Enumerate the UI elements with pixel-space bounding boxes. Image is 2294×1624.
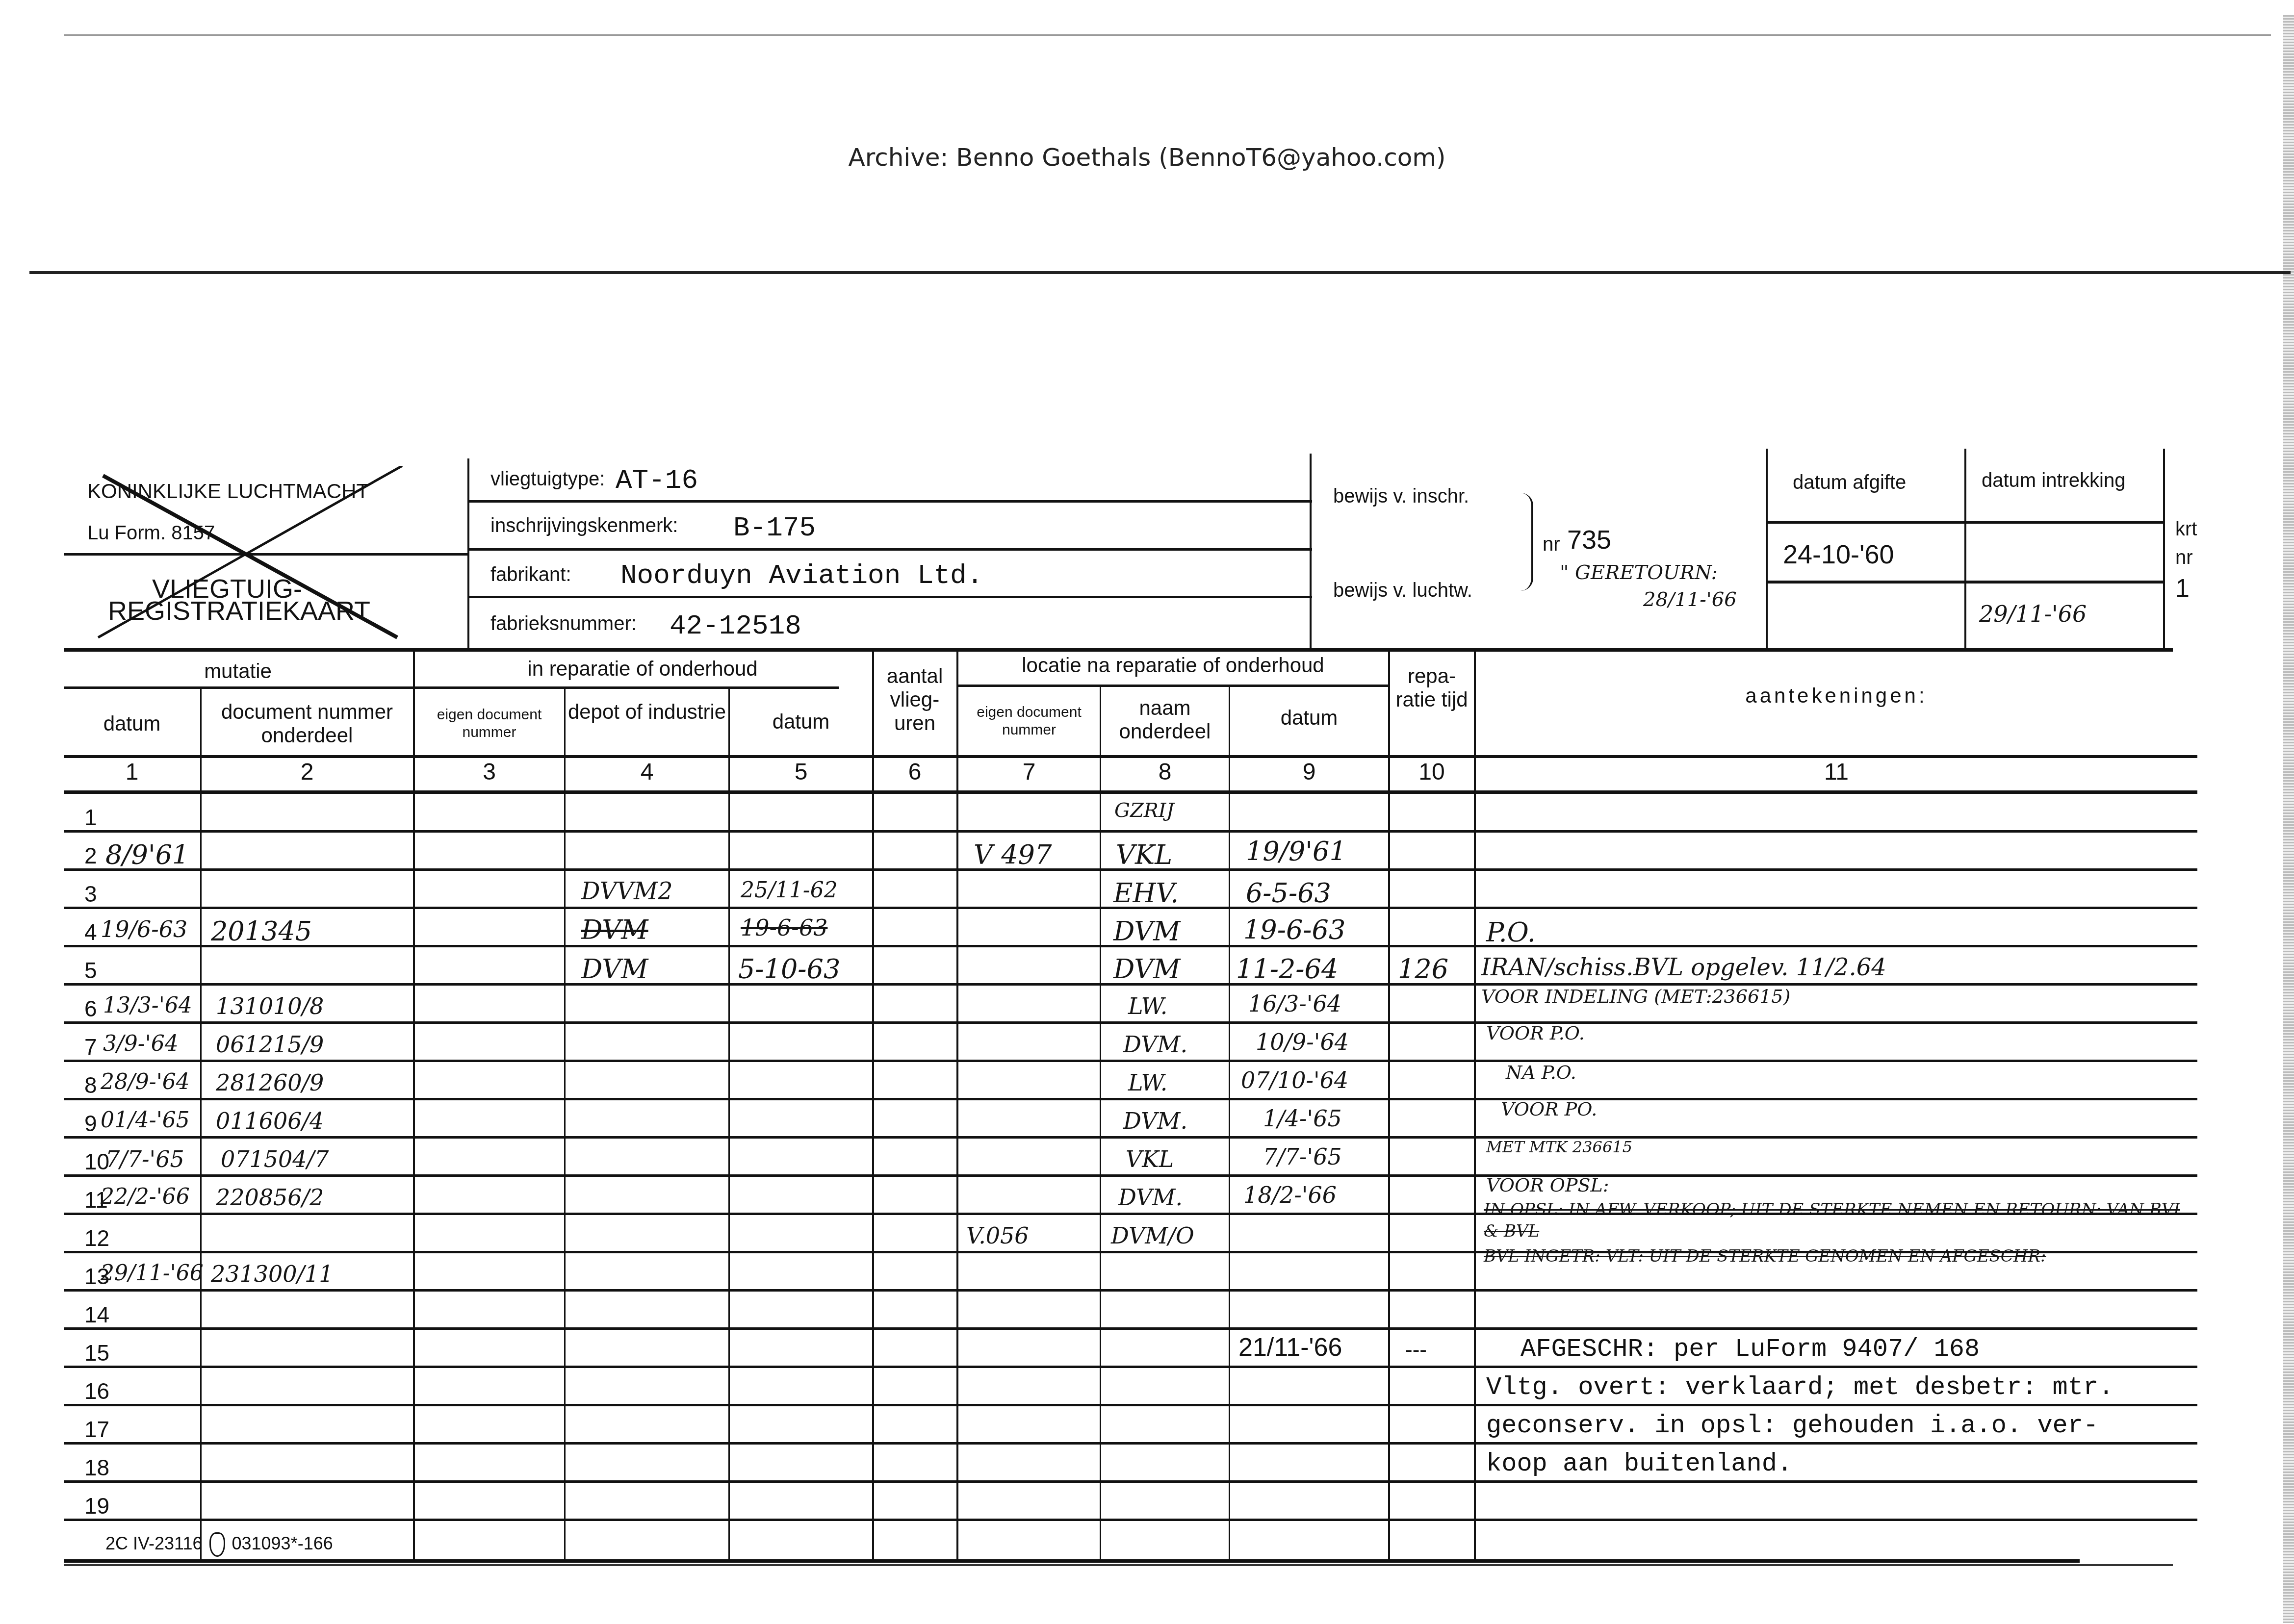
subheader-eigen-document: eigen document nummer bbox=[414, 706, 564, 741]
header-reparatie: in reparatie of onderhoud bbox=[414, 657, 871, 681]
divider bbox=[29, 271, 2291, 274]
row-divider bbox=[64, 1480, 2197, 1483]
cell-datum-9: 6-5-63 bbox=[1246, 878, 1331, 909]
divider bbox=[1767, 521, 2163, 524]
cell-datum: 19/6-63 bbox=[101, 916, 187, 942]
column-number: 8 bbox=[1101, 759, 1229, 786]
divider bbox=[956, 685, 1388, 687]
divider bbox=[64, 686, 839, 689]
divider bbox=[64, 648, 2173, 652]
cell-aantekening: P.O. bbox=[1486, 917, 1536, 948]
row-divider bbox=[64, 1327, 2197, 1330]
cell-aantekening: VOOR OPSL: bbox=[1486, 1174, 1609, 1196]
brace bbox=[1521, 493, 1533, 591]
column-number: 10 bbox=[1390, 759, 1473, 786]
header-locatie: locatie na reparatie of onderhoud bbox=[958, 654, 1388, 677]
column-number: 2 bbox=[201, 759, 413, 786]
divider bbox=[468, 596, 1312, 598]
subheader-eigen-document-7: eigen document nummer bbox=[958, 704, 1100, 739]
print-code: 2C IV-23116 031093*-166 bbox=[105, 1532, 333, 1557]
cell-document-nummer: 071504/7 bbox=[221, 1146, 329, 1172]
cell-naam-onderdeel: VKL bbox=[1116, 839, 1172, 870]
divider bbox=[1964, 449, 1966, 650]
row-number: 1 bbox=[84, 804, 97, 831]
datum-intrekking-label: datum intrekking bbox=[1982, 470, 2125, 492]
cell-naam-onderdeel: EHV. bbox=[1113, 878, 1179, 909]
cell-datum: 7/7-'65 bbox=[105, 1146, 184, 1172]
archive-note: Archive: Benno Goethals (BennoT6@yahoo.c… bbox=[0, 143, 2294, 172]
bottom-border bbox=[64, 1559, 2080, 1563]
cell-aantekening: Vltg. overt: verklaard; met desbetr: mtr… bbox=[1486, 1373, 2114, 1402]
row-number: 19 bbox=[84, 1493, 109, 1519]
krt-nr-label: krt nr bbox=[2175, 515, 2190, 572]
cell-datum: 22/2-'66 bbox=[101, 1184, 190, 1209]
fabrikant-value: Noorduyn Aviation Ltd. bbox=[620, 560, 983, 591]
cell-eigen-document: V.056 bbox=[966, 1222, 1029, 1249]
row-number: 2 bbox=[84, 842, 97, 869]
cell-depot: DVM bbox=[581, 954, 648, 985]
divider bbox=[956, 650, 958, 1562]
scan-edge-artifact bbox=[2283, 15, 2294, 1623]
divider bbox=[564, 689, 566, 1562]
row-number: 9 bbox=[84, 1110, 97, 1137]
divider bbox=[1766, 449, 1768, 650]
cell-aantekening: VOOR P.O. bbox=[1486, 1022, 1585, 1044]
cell-datum-5: 25/11-62 bbox=[741, 878, 838, 903]
cell-aantekening: VOOR INDELING (MET:236615) bbox=[1481, 986, 1790, 1007]
subheader-naam-onderdeel: naam onderdeel bbox=[1101, 696, 1229, 743]
divider bbox=[200, 686, 202, 1562]
divider bbox=[1229, 686, 1230, 1562]
cell-document-nummer: 231300/11 bbox=[211, 1261, 334, 1287]
fabrieksnummer-label: fabrieksnummer: bbox=[490, 613, 637, 635]
cell-datum-9: 16/3-'64 bbox=[1248, 990, 1341, 1017]
row-divider bbox=[64, 1289, 2197, 1292]
divider bbox=[64, 790, 2197, 794]
inschrijvingskenmerk-label: inschrijvingskenmerk: bbox=[490, 515, 678, 537]
nr-label: nr bbox=[1543, 533, 1560, 556]
divider bbox=[2163, 449, 2165, 650]
row-divider bbox=[64, 1442, 2197, 1445]
cell-aantekening: NA P.O. bbox=[1506, 1062, 1576, 1083]
row-number: 15 bbox=[84, 1340, 109, 1366]
divider bbox=[1767, 581, 2163, 584]
geretourn-note: " GERETOURN: bbox=[1560, 561, 1718, 584]
certificate-number: 735 bbox=[1567, 525, 1611, 555]
row-divider bbox=[64, 1174, 2197, 1177]
fabrikant-label: fabrikant: bbox=[490, 564, 571, 586]
datum-afgifte-label: datum afgifte bbox=[1793, 472, 1906, 494]
header-reparatietijd: repa- ratie tijd bbox=[1390, 664, 1473, 711]
row-divider bbox=[64, 1021, 2197, 1024]
subheader-datum: datum bbox=[64, 712, 200, 736]
cell-naam-onderdeel: VKL bbox=[1126, 1146, 1174, 1172]
row-divider bbox=[64, 1098, 2197, 1100]
cell-aantekening-struck: IN OPSL: IN AFW. VERKOOP; UIT DE STERKTE… bbox=[1484, 1199, 2190, 1242]
divider bbox=[468, 500, 1312, 503]
cell-document-nummer: 131010/8 bbox=[216, 993, 324, 1019]
row-number: 17 bbox=[84, 1416, 109, 1443]
cell-document-nummer: 061215/9 bbox=[216, 1031, 324, 1058]
cell-datum-9: 11-2-64 bbox=[1236, 954, 1338, 985]
krt-nr-value: 1 bbox=[2175, 574, 2190, 603]
row-number: 5 bbox=[84, 957, 97, 984]
cell-naam-onderdeel: DVM/O bbox=[1111, 1222, 1194, 1249]
row-divider bbox=[64, 830, 2197, 833]
column-number: 11 bbox=[1476, 759, 2197, 786]
cell-aantekening: koop aan buitenland. bbox=[1486, 1449, 1792, 1478]
divider bbox=[413, 650, 415, 1562]
cell-datum-9: 18/2-'66 bbox=[1243, 1182, 1337, 1208]
vliegtuigtype-value: AT-16 bbox=[616, 465, 698, 496]
print-code-suffix: 031093*-166 bbox=[232, 1533, 333, 1553]
cell-datum-9: 7/7-'65 bbox=[1263, 1143, 1342, 1170]
cell-aantekening: geconserv. in opsl: gehouden i.a.o. ver- bbox=[1486, 1411, 2098, 1440]
cell-reparatietijd: --- bbox=[1405, 1338, 1427, 1362]
cell-naam-onderdeel: DVM. bbox=[1123, 1108, 1187, 1134]
row-divider bbox=[64, 1136, 2197, 1139]
cell-depot: DVVM2 bbox=[581, 878, 673, 905]
cell-aantekening: IRAN/schiss.BVL opgelev. 11/2.64 bbox=[1481, 954, 1886, 981]
cell-aantekening: VOOR PO. bbox=[1501, 1098, 1597, 1120]
cell-document-nummer: 201345 bbox=[211, 916, 312, 947]
cell-datum-9: 19-6-63 bbox=[1243, 914, 1345, 945]
cell-aantekening: AFGESCHR: per LuForm 9407/ 168 bbox=[1521, 1335, 1980, 1364]
header-aantekeningen: aantekeningen: bbox=[1476, 684, 2197, 708]
row-number: 18 bbox=[84, 1454, 109, 1481]
cross-out-mark bbox=[83, 466, 427, 642]
cell-naam-onderdeel: DVM bbox=[1113, 954, 1181, 985]
column-number: 9 bbox=[1230, 759, 1388, 786]
divider bbox=[1310, 454, 1312, 650]
row-number: 6 bbox=[84, 995, 97, 1022]
cell-eigen-document: V 497 bbox=[974, 839, 1052, 870]
cell-document-nummer: 281260/9 bbox=[216, 1069, 324, 1096]
cell-datum: 3/9-'64 bbox=[103, 1031, 179, 1056]
cell-naam-onderdeel: DVM bbox=[1113, 916, 1181, 947]
cell-datum-5: 5-10-63 bbox=[738, 954, 840, 985]
bewijs-inschr-label: bewijs v. inschr. bbox=[1333, 485, 1469, 507]
column-number: 6 bbox=[874, 759, 955, 786]
fabrieksnummer-value: 42-12518 bbox=[670, 610, 801, 642]
bewijs-luchtw-label: bewijs v. luchtw. bbox=[1333, 580, 1472, 602]
cell-datum: 8/9'61 bbox=[105, 839, 189, 870]
column-number: 7 bbox=[958, 759, 1100, 786]
cell-naam-onderdeel: DVM. bbox=[1123, 1031, 1187, 1058]
cell-naam-onderdeel: LW. bbox=[1128, 1069, 1167, 1096]
subheader-depot: depot of industrie bbox=[566, 700, 728, 724]
cell-reparatietijd: 126 bbox=[1398, 954, 1448, 985]
row-divider bbox=[64, 1060, 2197, 1062]
geretourn-date: 28/11-'66 bbox=[1643, 588, 1737, 611]
cell-datum-9: 1/4-'65 bbox=[1263, 1105, 1342, 1132]
cell-datum-9: 19/9'61 bbox=[1246, 836, 1346, 867]
cell-depot-struck: DVM bbox=[581, 914, 648, 945]
divider bbox=[1474, 650, 1476, 1562]
subheader-datum-9: datum bbox=[1230, 706, 1388, 730]
cell-datum-5-struck: 19-6-63 bbox=[741, 914, 827, 941]
cell-datum: 28/9-'64 bbox=[101, 1069, 190, 1094]
row-number: 14 bbox=[84, 1301, 109, 1328]
cell-naam-onderdeel: GZRIJ bbox=[1114, 799, 1174, 822]
subheader-document-nummer: document nummer onderdeel bbox=[201, 700, 413, 747]
datum-intrekking-value: 29/11-'66 bbox=[1979, 601, 2087, 627]
cell-datum: 01/4-'65 bbox=[101, 1108, 190, 1133]
subheader-datum-5: datum bbox=[730, 710, 872, 734]
header-mutatie: mutatie bbox=[64, 660, 412, 683]
row-divider bbox=[64, 1404, 2197, 1406]
divider bbox=[872, 650, 874, 1562]
print-code-prefix: 2C IV-23116 bbox=[105, 1533, 202, 1553]
row-number: 4 bbox=[84, 919, 97, 945]
row-number: 7 bbox=[84, 1034, 97, 1060]
divider bbox=[1388, 650, 1390, 1562]
cell-datum-9: 21/11-'66 bbox=[1238, 1333, 1342, 1362]
cell-datum-9: 07/10-'64 bbox=[1241, 1067, 1348, 1093]
column-number: 4 bbox=[566, 759, 728, 786]
header-aantal-vlieguren: aantal vlieg- uren bbox=[874, 664, 955, 735]
divider bbox=[1100, 686, 1101, 1562]
cell-document-nummer: 220856/2 bbox=[216, 1184, 324, 1211]
row-number: 3 bbox=[84, 881, 97, 907]
inschrijvingskenmerk-value: B-175 bbox=[733, 512, 816, 544]
cell-datum-9: 10/9-'64 bbox=[1256, 1029, 1349, 1055]
row-number: 16 bbox=[84, 1378, 109, 1404]
row-divider bbox=[64, 1366, 2197, 1368]
row-divider bbox=[64, 1519, 2197, 1521]
cell-naam-onderdeel: DVM. bbox=[1118, 1184, 1183, 1211]
cell-aantekening: MET MTK 236615 bbox=[1486, 1138, 1632, 1156]
row-number: 12 bbox=[84, 1225, 109, 1251]
column-number: 1 bbox=[64, 759, 200, 786]
divider bbox=[728, 689, 730, 1562]
datum-afgifte-value: 24-10-'60 bbox=[1783, 539, 1894, 570]
scan-edge-artifact bbox=[64, 34, 2271, 36]
cell-datum: 13/3-'64 bbox=[103, 993, 192, 1018]
cell-datum: 29/11-'66 bbox=[101, 1261, 204, 1286]
column-number: 5 bbox=[730, 759, 872, 786]
cell-document-nummer: 011606/4 bbox=[216, 1108, 324, 1134]
cell-naam-onderdeel: LW. bbox=[1128, 993, 1167, 1019]
divider bbox=[64, 1564, 2173, 1566]
crown-emblem-icon bbox=[209, 1532, 225, 1557]
column-number: 3 bbox=[414, 759, 564, 786]
divider bbox=[64, 755, 2197, 758]
cell-aantekening-struck: BVL INGETR: VLT: UIT DE STERKTE GENOMEN … bbox=[1484, 1245, 2190, 1267]
row-number: 8 bbox=[84, 1072, 97, 1098]
divider bbox=[468, 548, 1312, 551]
vliegtuigtype-label: vliegtuigtype: bbox=[490, 468, 605, 490]
